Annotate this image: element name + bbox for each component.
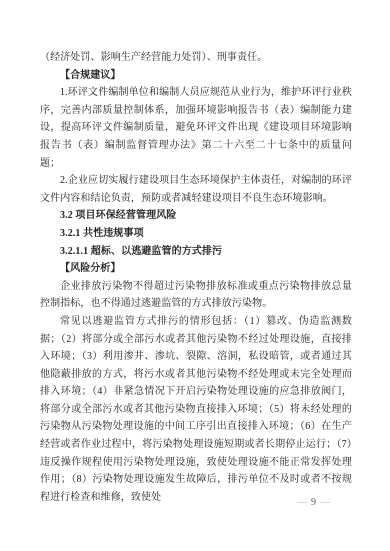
document-body: （经济处罚、影响生产经营能力处罚）、刑事责任。 【合规建议】 1.环评文件编制单…: [40, 49, 352, 506]
label-compliance-advice: 【合规建议】: [40, 67, 352, 85]
footer-dash-right: —: [317, 497, 334, 508]
page-footer: —9—: [294, 497, 334, 508]
paragraph-advice-item-2: 2.企业应切实履行建设项目生态环境保护主体责任，对编制的环评文件内容和结论负责，…: [40, 172, 352, 207]
footer-dash-left: —: [294, 497, 311, 508]
paragraph-advice-item-1: 1.环评文件编制单位和编制人员应规范从业行为，维护环评行业秩序，完善内部质量控制…: [40, 84, 352, 172]
document-page: （经济处罚、影响生产经营能力处罚）、刑事责任。 【合规建议】 1.环评文件编制单…: [0, 0, 390, 551]
paragraph-evasion-scenarios: 常见以逃避监管方式排污的情形包括：（1）篡改、伪造监测数据；（2）将部分或全部污…: [40, 313, 352, 507]
heading-section-3-2-1-1: 3.2.1.1 超标、以逃避监管的方式排污: [40, 243, 352, 261]
label-risk-analysis: 【风险分析】: [40, 260, 352, 278]
paragraph-risk-overview: 企业排放污染物不得超过污染物排放标准或重点污染物排放总量控制指标，也不得通过逃避…: [40, 278, 352, 313]
paragraph-penalty-continuation: （经济处罚、影响生产经营能力处罚）、刑事责任。: [40, 49, 352, 67]
heading-section-3-2: 3.2 项目环保经营管理风险: [40, 207, 352, 225]
heading-section-3-2-1: 3.2.1 共性违规事项: [40, 225, 352, 243]
